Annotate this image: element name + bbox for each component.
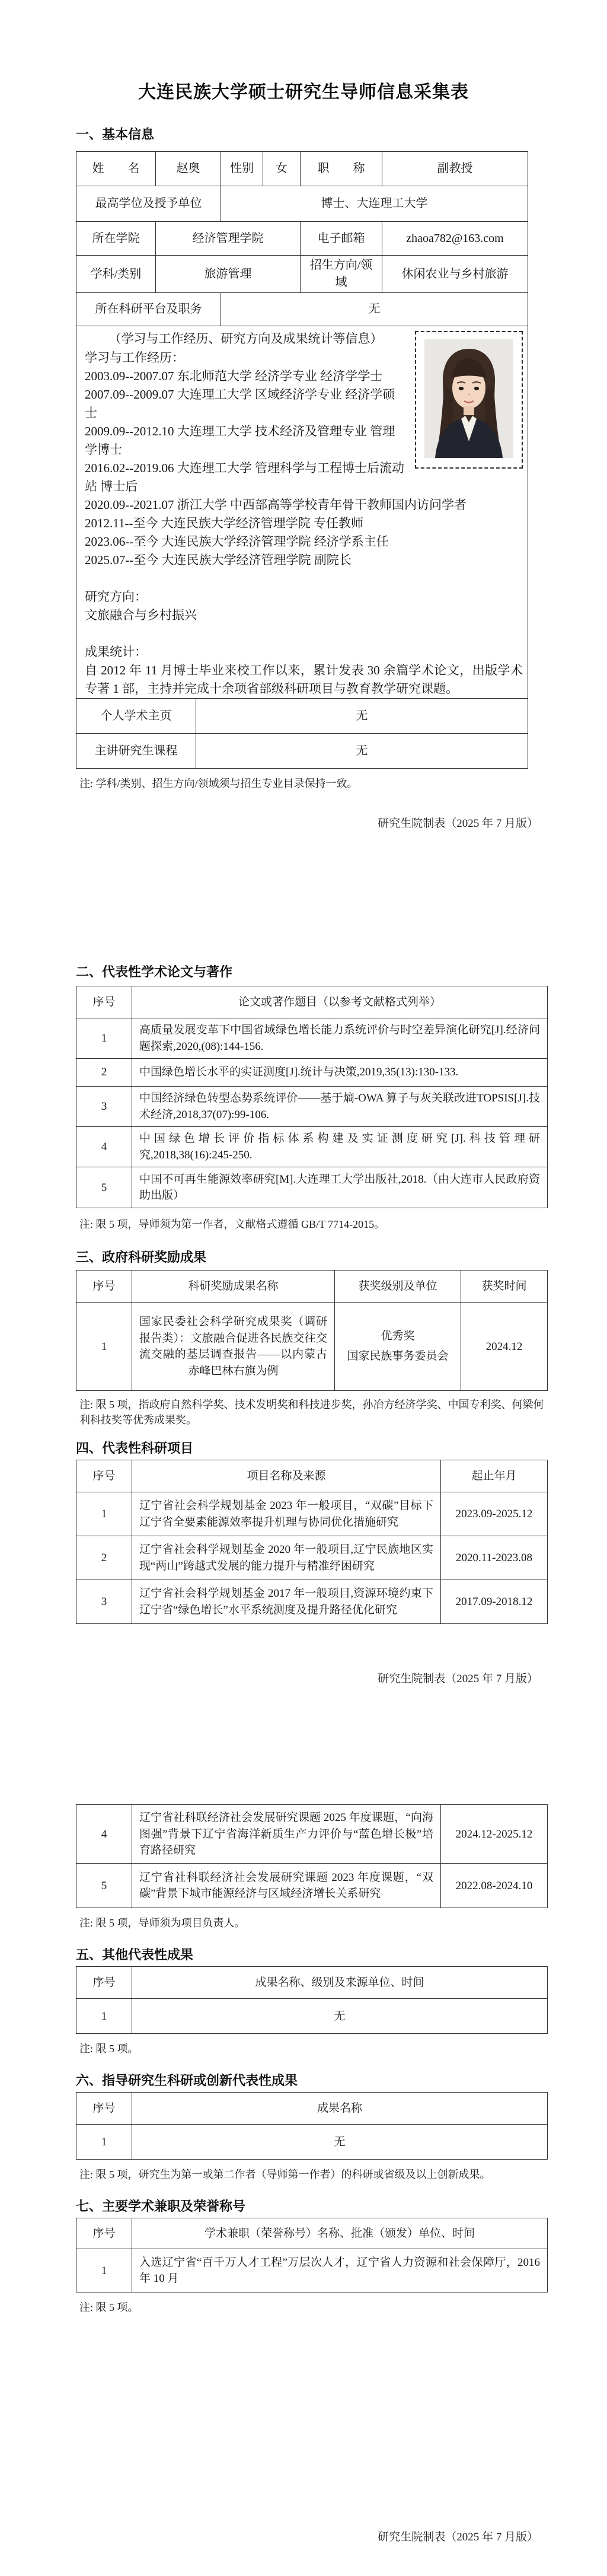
page-footer: 研究生院制表（2025 年 7 月版）: [76, 1671, 538, 1687]
project-name: 辽宁省社会科学规划基金 2017 年一般项目,资源环境约束下辽宁省“绿色增长”水…: [132, 1580, 441, 1624]
column-header-no: 序号: [76, 986, 132, 1018]
project-time: 2020.11-2023.08: [441, 1536, 548, 1580]
homepage-label: 个人学术主页: [76, 699, 196, 734]
table-row: 姓 名 赵奥 性别 女 职 称 副教授: [76, 152, 528, 186]
platform-value: 无: [221, 293, 528, 326]
table-row: 1 入选辽宁省“百千万人才工程”万层次人才，辽宁省人力资源和社会保障厅，2016…: [76, 2249, 548, 2292]
note-awards: 注: 限 5 项，指政府自然科学奖、技术发明奖和科技进步奖，孙冶方经济学奖、中国…: [79, 1397, 551, 1428]
table-row: 4 辽宁省社科联经济社会发展研究课题 2025 年度课题，“向海图强”背景下辽宁…: [76, 1805, 548, 1864]
bio-line: 文旅融合与乡村振兴: [85, 606, 523, 625]
table-row: 2 辽宁省社会科学规划基金 2020 年一般项目,辽宁民族地区实现“两山”跨越式…: [76, 1536, 548, 1580]
direction-value: 休闲农业与乡村旅游: [382, 256, 528, 293]
awards-table: 序号 科研奖励成果名称 获奖级别及单位 获奖时间 1 国家民委社会科学研究成果奖…: [76, 1270, 548, 1391]
table-row: 个人学术主页 无: [76, 699, 528, 734]
page-footer: 研究生院制表（2025 年 7 月版）: [76, 2530, 538, 2545]
project-name: 辽宁省社科联经济社会发展研究课题 2023 年度课题，“双碳”背景下城市能源经济…: [132, 1864, 441, 1908]
row-no: 3: [76, 1087, 132, 1127]
job-title-label: 职 称: [301, 152, 382, 186]
bio-line: 2023.06--至今 大连民族大学经济管理学院 经济学系主任: [85, 533, 523, 551]
row-no: 1: [76, 1303, 132, 1391]
bio-line: 2025.07--至今 大连民族大学经济管理学院 副院长: [85, 551, 523, 569]
table-row: 5 中国不可再生能源效率研究[M].大连理工大学出版社,2018.（由大连市人民…: [76, 1167, 548, 1208]
bio-blank-line: [85, 569, 523, 588]
table-row: 2 中国绿色增长水平的实证测度[J].统计与决策,2019,35(13):130…: [76, 1059, 548, 1087]
row-no: 2: [76, 1059, 132, 1087]
award-name: 国家民委社会科学研究成果奖（调研报告类）：文旅融合促进各民族交往交流交融的基层调…: [132, 1303, 335, 1391]
column-header-no: 序号: [76, 2093, 132, 2125]
table-header-row: 序号 成果名称: [76, 2093, 548, 2125]
paper-title: 中国绿色增长评价指标体系构建及实证测度研究[J].科技管理研究,2018,38(…: [132, 1127, 548, 1167]
gender-label: 性别: [221, 152, 263, 186]
table-row: 1 高质量发展变革下中国省域绿色增长能力系统评价与时空差异演化研究[J].经济问…: [76, 1018, 548, 1059]
column-header-honor: 学术兼职（荣誉称号）名称、批准（颁发）单位、时间: [132, 2218, 548, 2249]
other-achievements-table: 序号 成果名称、级别及来源单位、时间 1 无: [76, 1966, 548, 2034]
basic-info-table: 姓 名 赵奥 性别 女 职 称 副教授 最高学位及授予单位 博士、大连理工大学 …: [76, 151, 528, 326]
table-row: 最高学位及授予单位 博士、大连理工大学: [76, 186, 528, 222]
college-label: 所在学院: [76, 222, 156, 256]
column-header-project-time: 起止年月: [441, 1460, 548, 1492]
platform-label: 所在科研平台及职务: [76, 293, 221, 326]
table-row: 1 辽宁省社会科学规划基金 2023 年一般项目，“双碳”目标下辽宁省全要素能源…: [76, 1492, 548, 1536]
project-name: 辽宁省社科联经济社会发展研究课题 2025 年度课题，“向海图强”背景下辽宁省海…: [132, 1805, 441, 1864]
honors-table: 序号 学术兼职（荣誉称号）名称、批准（颁发）单位、时间 1 入选辽宁省“百千万人…: [76, 2218, 548, 2292]
email-label: 电子邮箱: [301, 222, 382, 256]
section-heading-papers: 二、代表性学术论文与著作: [76, 963, 607, 981]
table-row: 所在科研平台及职务 无: [76, 293, 528, 326]
paper-title: 中国经济绿色转型态势系统评价——基于熵-OWA 算子与灰关联改进TOPSIS[J…: [132, 1087, 548, 1127]
section-heading-basic-info: 一、基本信息: [76, 126, 607, 144]
table-row: 1 无: [76, 2125, 548, 2160]
project-time: 2023.09-2025.12: [441, 1492, 548, 1536]
job-title-value: 副教授: [382, 152, 528, 186]
row-no: 1: [76, 1018, 132, 1059]
table-row: 4 中国绿色增长评价指标体系构建及实证测度研究[J].科技管理研究,2018,3…: [76, 1127, 548, 1167]
bio-line: 研究方向：: [85, 588, 523, 606]
table-header-row: 序号 学术兼职（荣誉称号）名称、批准（颁发）单位、时间: [76, 2218, 548, 2249]
papers-table: 序号 论文或著作题目（以参考文献格式列举） 1 高质量发展变革下中国省域绿色增长…: [76, 986, 548, 1208]
achievement-value: 无: [132, 1999, 548, 2034]
bio-blank-line: [85, 625, 523, 643]
table-row: 所在学院 经济管理学院 电子邮箱 zhaoa782@163.com: [76, 222, 528, 256]
paper-title: 中国不可再生能源效率研究[M].大连理工大学出版社,2018.（由大连市人民政府…: [132, 1167, 548, 1208]
row-no: 1: [76, 2125, 132, 2160]
section-heading-projects: 四、代表性科研项目: [76, 1440, 607, 1457]
projects-table: 序号 项目名称及来源 起止年月 1 辽宁省社会科学规划基金 2023 年一般项目…: [76, 1460, 548, 1624]
table-row: 主讲研究生课程 无: [76, 734, 528, 769]
courses-label: 主讲研究生课程: [76, 734, 196, 769]
bio-paragraph: 自 2012 年 11 月博士毕业来校工作以来，累计发表 30 余篇学术论文，出…: [85, 661, 523, 698]
column-header-title: 论文或著作题目（以参考文献格式列举）: [132, 986, 548, 1018]
table-header-row: 序号 论文或著作题目（以参考文献格式列举）: [76, 986, 548, 1018]
table-header-row: 序号 成果名称、级别及来源单位、时间: [76, 1967, 548, 1999]
table-header-row: 序号 项目名称及来源 起止年月: [76, 1460, 548, 1492]
supervisor-photo: [424, 339, 513, 458]
note-other-achievements: 注: 限 5 项。: [79, 2041, 607, 2056]
row-no: 3: [76, 1580, 132, 1624]
table-row: 3 中国经济绿色转型态势系统评价——基于熵-OWA 算子与灰关联改进TOPSIS…: [76, 1087, 548, 1127]
column-header-no: 序号: [76, 1967, 132, 1999]
degree-value: 博士、大连理工大学: [221, 186, 528, 222]
row-no: 4: [76, 1127, 132, 1167]
bio-cell: （学习与工作经历、研究方向及成果统计等信息） 学习与工作经历： 2003.09-…: [76, 326, 528, 699]
column-header-project-name: 项目名称及来源: [132, 1460, 441, 1492]
photo-frame: [415, 331, 523, 469]
award-level-grade: 优秀奖: [338, 1326, 457, 1346]
award-level-unit: 国家民族事务委员会: [338, 1346, 457, 1367]
row-no: 1: [76, 2249, 132, 2292]
column-header-no: 序号: [76, 1271, 132, 1303]
note-papers: 注: 限 5 项，导师须为第一作者，文献格式遵循 GB/T 7714-2015。: [79, 1217, 607, 1232]
row-no: 5: [76, 1864, 132, 1908]
section-heading-other-achievements: 五、其他代表性成果: [76, 1946, 607, 1964]
direction-label: 招生方向/领域: [301, 256, 382, 293]
table-header-row: 序号 科研奖励成果名称 获奖级别及单位 获奖时间: [76, 1271, 548, 1303]
note-projects: 注: 限 5 项，导师须为项目负责人。: [79, 1915, 607, 1931]
table-row: 3 辽宁省社会科学规划基金 2017 年一般项目,资源环境约束下辽宁省“绿色增长…: [76, 1580, 548, 1624]
gender-value: 女: [263, 152, 301, 186]
basic-info-table-bottom: 个人学术主页 无 主讲研究生课程 无: [76, 698, 528, 769]
bio-table: （学习与工作经历、研究方向及成果统计等信息） 学习与工作经历： 2003.09-…: [76, 326, 528, 699]
column-header-no: 序号: [76, 1460, 132, 1492]
section-heading-guided-achievements: 六、指导研究生科研或创新代表性成果: [76, 2072, 607, 2090]
table-row: 1 无: [76, 1999, 548, 2034]
row-no: 2: [76, 1536, 132, 1580]
project-time: 2024.12-2025.12: [441, 1805, 548, 1864]
guided-achievements-table: 序号 成果名称 1 无: [76, 2092, 548, 2160]
note-honors: 注: 限 5 项。: [79, 2300, 607, 2315]
award-time: 2024.12: [461, 1303, 548, 1391]
note-basic-info: 注: 学科/类别、招生方向/领域须与招生专业目录保持一致。: [79, 776, 607, 791]
row-no: 1: [76, 1999, 132, 2034]
row-no: 5: [76, 1167, 132, 1208]
bio-line: 2012.11--至今 大连民族大学经济管理学院 专任教师: [85, 514, 523, 533]
column-header-achievement: 成果名称: [132, 2093, 548, 2125]
note-guided-achievements: 注: 限 5 项，研究生为第一或第二作者（导师第一作者）的科研或省级及以上创新成…: [79, 2167, 551, 2182]
page-footer: 研究生院制表（2025 年 7 月版）: [76, 816, 538, 832]
table-row: 学科/类别 旅游管理 招生方向/领域 休闲农业与乡村旅游: [76, 256, 528, 293]
achievement-value: 无: [132, 2125, 548, 2160]
column-header-no: 序号: [76, 2218, 132, 2249]
honor-value: 入选辽宁省“百千万人才工程”万层次人才，辽宁省人力资源和社会保障厅，2016 年…: [132, 2249, 548, 2292]
award-level: 优秀奖 国家民族事务委员会: [335, 1303, 461, 1391]
project-time: 2017.09-2018.12: [441, 1580, 548, 1624]
paper-title: 高质量发展变革下中国省域绿色增长能力系统评价与时空差异演化研究[J].经济问题探…: [132, 1018, 548, 1059]
courses-value: 无: [196, 734, 528, 769]
projects-table-continued: 4 辽宁省社科联经济社会发展研究课题 2025 年度课题，“向海图强”背景下辽宁…: [76, 1804, 548, 1908]
page-title: 大连民族大学硕士研究生导师信息采集表: [0, 0, 607, 103]
row-no: 1: [76, 1492, 132, 1536]
row-no: 4: [76, 1805, 132, 1864]
table-row: （学习与工作经历、研究方向及成果统计等信息） 学习与工作经历： 2003.09-…: [76, 326, 528, 699]
column-header-award-time: 获奖时间: [461, 1271, 548, 1303]
paper-title: 中国绿色增长水平的实证测度[J].统计与决策,2019,35(13):130-1…: [132, 1059, 548, 1087]
discipline-label: 学科/类别: [76, 256, 156, 293]
degree-label: 最高学位及授予单位: [76, 186, 221, 222]
email-value: zhaoa782@163.com: [382, 222, 528, 256]
homepage-value: 无: [196, 699, 528, 734]
column-header-achievement: 成果名称、级别及来源单位、时间: [132, 1967, 548, 1999]
college-value: 经济管理学院: [156, 222, 301, 256]
table-row: 5 辽宁省社科联经济社会发展研究课题 2023 年度课题，“双碳”背景下城市能源…: [76, 1864, 548, 1908]
discipline-value: 旅游管理: [156, 256, 301, 293]
column-header-award-name: 科研奖励成果名称: [132, 1271, 335, 1303]
name-value: 赵奥: [156, 152, 221, 186]
project-time: 2022.08-2024.10: [441, 1864, 548, 1908]
table-row: 1 国家民委社会科学研究成果奖（调研报告类）：文旅融合促进各民族交往交流交融的基…: [76, 1303, 548, 1391]
bio-line: 成果统计：: [85, 643, 523, 661]
section-heading-awards: 三、政府科研奖励成果: [76, 1249, 607, 1266]
bio-line: 2020.09--2021.07 浙江大学 中西部高等学校青年骨干教师国内访问学…: [85, 496, 523, 514]
column-header-award-level: 获奖级别及单位: [335, 1271, 461, 1303]
project-name: 辽宁省社会科学规划基金 2020 年一般项目,辽宁民族地区实现“两山”跨越式发展…: [132, 1536, 441, 1580]
project-name: 辽宁省社会科学规划基金 2023 年一般项目，“双碳”目标下辽宁省全要素能源效率…: [132, 1492, 441, 1536]
section-heading-honors: 七、主要学术兼职及荣誉称号: [76, 2198, 607, 2215]
name-label: 姓 名: [76, 152, 156, 186]
